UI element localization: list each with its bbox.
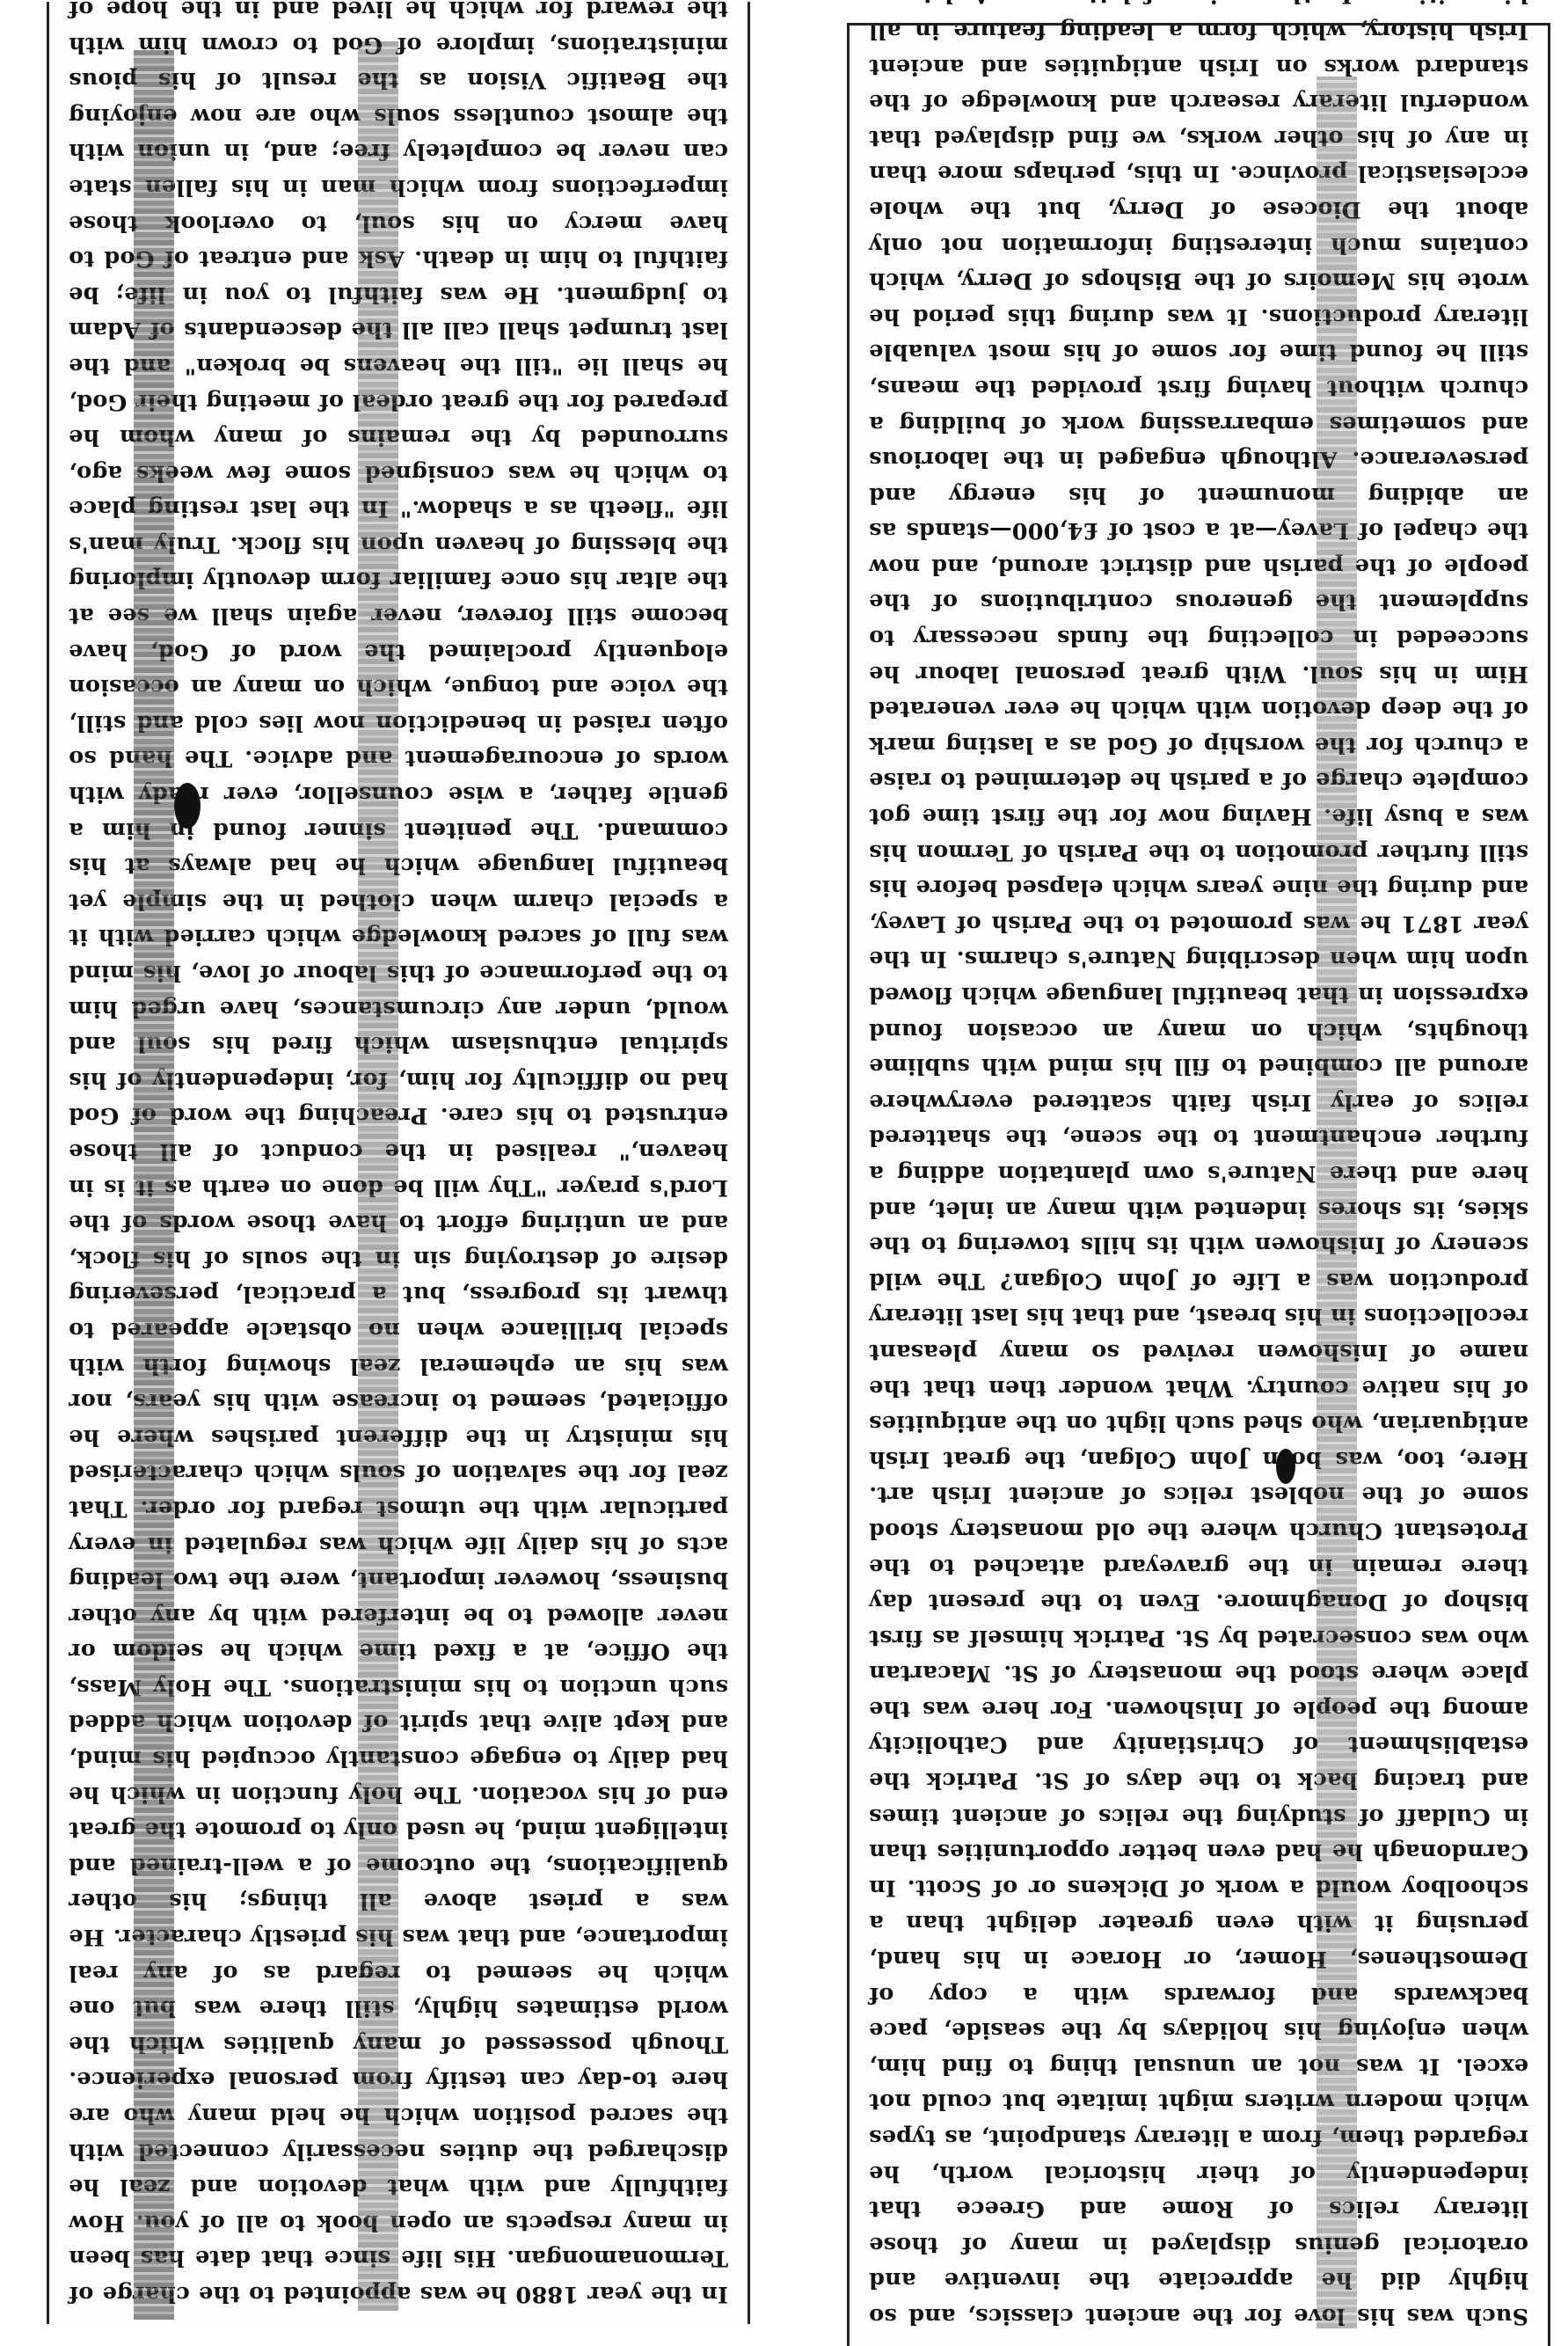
- rotated-newspaper-page: Such was his love for the ancient classi…: [0, 0, 1568, 2346]
- column-bottom-rule: [847, 23, 1550, 26]
- scan-fold-smudge: [358, 41, 398, 2311]
- ink-blot: [1276, 1449, 1295, 1484]
- scan-fold-smudge: [134, 50, 174, 2320]
- scan-fold-smudge: [1316, 77, 1357, 2328]
- column-1-paragraph-1: Such was his love for the ancient classi…: [869, 0, 1528, 2334]
- article-column-1: Such was his love for the ancient classi…: [847, 24, 1550, 2346]
- ink-blot: [174, 783, 201, 829]
